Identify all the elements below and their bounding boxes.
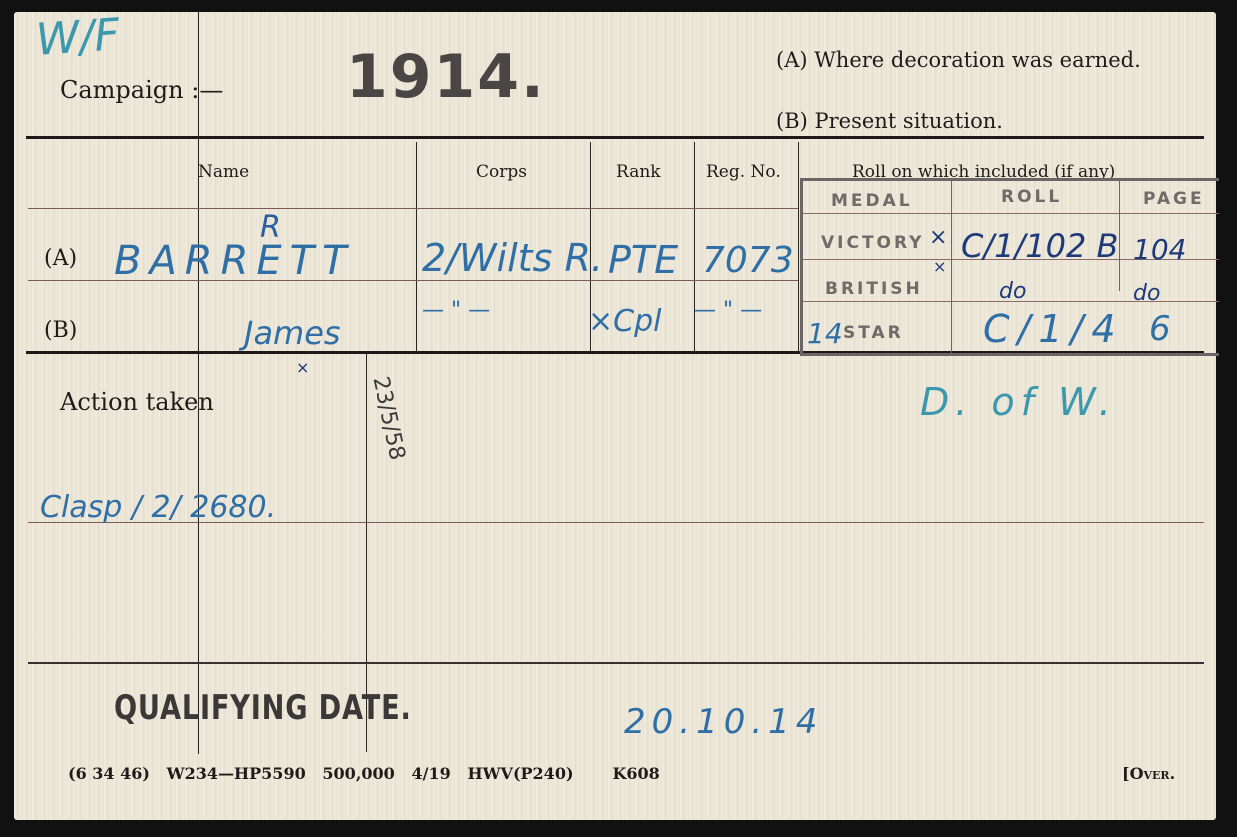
- name-column-line: [198, 12, 199, 352]
- rank-b-value: ×Cpl: [588, 304, 661, 339]
- campaign-year-stamp: 1914.: [346, 42, 546, 112]
- header-name: Name: [198, 162, 249, 182]
- legend-b: (B) Present situation.: [776, 109, 1003, 133]
- corps-ditto: — " —: [422, 298, 490, 323]
- qualifying-top-rule: [28, 662, 1204, 664]
- star-page: 6: [1149, 309, 1171, 349]
- action-mark: ×: [296, 358, 309, 377]
- stamp-star: STAR: [843, 323, 904, 343]
- row-a-top-rule: [28, 208, 798, 209]
- action-date-note: 23/5/58: [367, 374, 409, 462]
- british-page-ditto: do: [1133, 281, 1160, 306]
- stamp-header-roll: ROLL: [1001, 187, 1062, 207]
- row-b-label: (B): [44, 318, 77, 343]
- action-taken-label: Action taken: [60, 388, 214, 416]
- legend-a: (A) Where decoration was earned.: [776, 48, 1141, 72]
- victory-page: 104: [1133, 233, 1186, 266]
- header-corps: Corps: [476, 162, 527, 182]
- victory-mark: ×: [929, 225, 947, 250]
- star-roll: C/1/4: [983, 307, 1124, 351]
- stamp-victory: VICTORY: [821, 233, 924, 253]
- row-a-label: (A): [44, 246, 77, 271]
- medal-roll-stamp: MEDAL ROLL PAGE VICTORY × C/1/102 B 104 …: [800, 178, 1219, 356]
- qualifying-date-value: 20.10.14: [624, 702, 823, 742]
- reg-no-value: 7073: [702, 240, 794, 281]
- victory-roll: C/1/102 B: [961, 227, 1118, 265]
- top-rule: [26, 136, 1204, 139]
- surname: BARRETT: [114, 238, 355, 284]
- first-name: James: [244, 314, 341, 352]
- qualifying-date-stamp: QUALIFYING DATE.: [114, 688, 412, 728]
- action-entry: Clasp / 2/ 2680.: [40, 490, 276, 525]
- stamp-header-medal: MEDAL: [831, 191, 913, 211]
- header-rank: Rank: [616, 162, 661, 182]
- header-reg-no: Reg. No.: [706, 162, 781, 182]
- medal-index-card: W/F Campaign :— 1914. (A) Where decorati…: [14, 12, 1216, 820]
- stamp-british: BRITISH: [825, 279, 923, 299]
- action-remark: D. of W.: [920, 380, 1117, 424]
- over-note: [Over.: [1122, 764, 1175, 783]
- corps-value: 2/Wilts R.: [422, 236, 603, 280]
- star-prefix: 14: [807, 317, 843, 350]
- british-mark: ×: [933, 257, 946, 276]
- stamp-header-page: PAGE: [1143, 189, 1205, 209]
- rank-value: PTE: [608, 238, 678, 282]
- roll-column-line: [798, 142, 799, 352]
- british-roll-ditto: do: [999, 279, 1026, 304]
- print-code: (6 34 46) W234—HP5590 500,000 4/19 HWV(P…: [68, 764, 660, 783]
- action-rule: [28, 522, 1204, 523]
- corps-column-line: [416, 142, 417, 352]
- reg-no-ditto: — " —: [694, 298, 762, 323]
- corner-annotation: W/F: [34, 9, 121, 66]
